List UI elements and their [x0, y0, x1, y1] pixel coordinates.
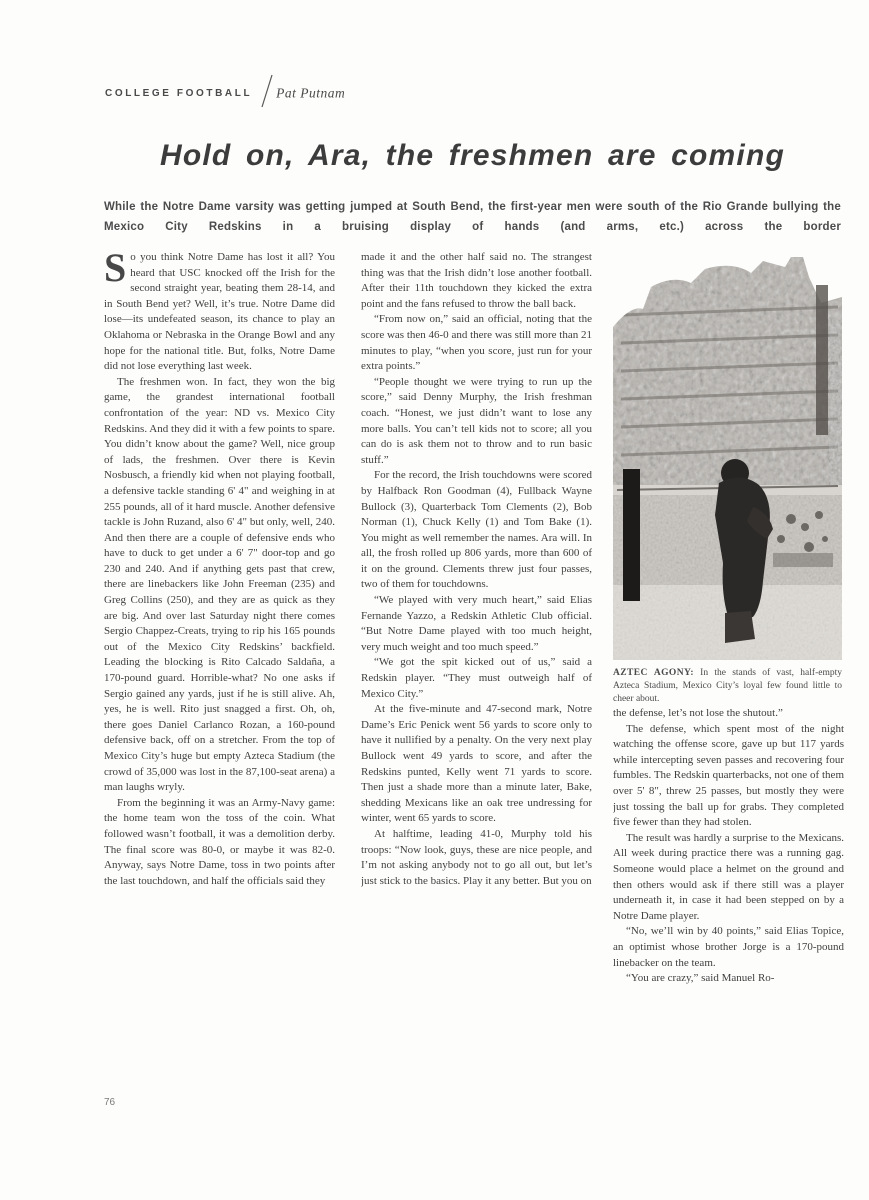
article-paragraph: “We got the spit kicked out of us,” said…: [361, 655, 592, 702]
opening-paragraph: So you think Notre Dame has lost it all?…: [104, 250, 335, 375]
article-paragraph: “People thought we were trying to run up…: [361, 375, 592, 469]
article-paragraph: “From now on,” said an official, noting …: [361, 312, 592, 374]
article-paragraph: “We played with very much heart,” said E…: [361, 593, 592, 655]
article-headline: Hold on, Ara, the freshmen are coming: [104, 139, 841, 173]
body-column-2: made it and the other half said no. The …: [361, 250, 592, 1095]
article-dek: While the Notre Dame varsity was getting…: [104, 198, 841, 237]
article-paragraph: “You are crazy,” said Manuel Ro-: [613, 971, 844, 987]
body-column-1: So you think Notre Dame has lost it all?…: [104, 250, 335, 1095]
byline-author: Pat Putnam: [276, 86, 345, 101]
drop-cap: S: [104, 250, 130, 283]
article-paragraph: “No, we’ll win by 40 points,” said Elias…: [613, 924, 844, 971]
photo-block: AZTEC AGONY: In the stands of vast, half…: [613, 257, 842, 706]
section-label: COLLEGE FOOTBALL: [105, 88, 252, 99]
magazine-page: COLLEGE FOOTBALLPat Putnam Hold on, Ara,…: [0, 0, 869, 1200]
article-paragraph: the defense, let’s not lose the shutout.…: [613, 706, 844, 722]
photo-caption: AZTEC AGONY: In the stands of vast, half…: [613, 667, 842, 706]
page-number: 76: [104, 1097, 115, 1108]
section-kicker: COLLEGE FOOTBALLPat Putnam: [105, 74, 345, 104]
stadium-photo: [613, 257, 842, 660]
article-paragraph: The result was hardly a surprise to the …: [613, 831, 844, 925]
article-paragraph: The defense, which spent most of the nig…: [613, 722, 844, 831]
caption-lead: AZTEC AGONY:: [613, 668, 694, 678]
body-column-3: the defense, let’s not lose the shutout.…: [613, 706, 844, 1095]
opening-text: o you think Notre Dame has lost it all? …: [104, 251, 335, 372]
article-paragraph: At the five-minute and 47-second mark, N…: [361, 702, 592, 827]
article-paragraph: At halftime, leading 41-0, Murphy told h…: [361, 827, 592, 889]
article-paragraph: From the beginning it was an Army-Navy g…: [104, 796, 335, 890]
article-paragraph: The freshmen won. In fact, they won the …: [104, 375, 335, 796]
article-paragraph: made it and the other half said no. The …: [361, 250, 592, 312]
article-paragraph: For the record, the Irish touchdowns wer…: [361, 468, 592, 593]
byline-slash-icon: [260, 74, 274, 113]
